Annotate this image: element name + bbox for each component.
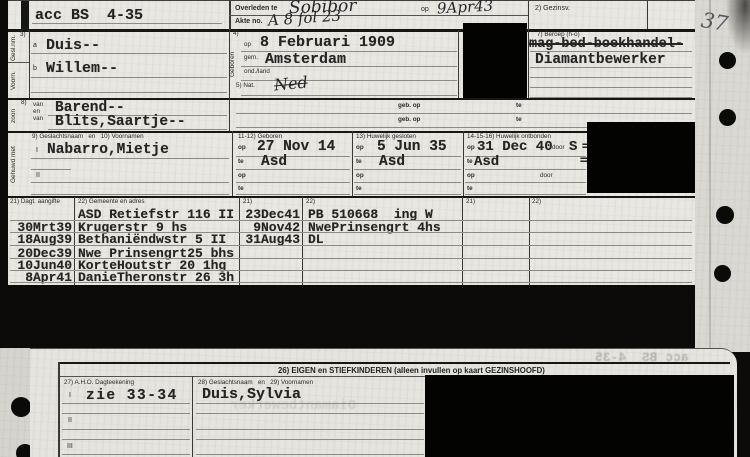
- ruled-line: [530, 77, 692, 78]
- ruled-line: [31, 169, 71, 170]
- col-divider: [232, 131, 233, 196]
- ruled-line: [465, 194, 586, 195]
- wed-date: 5 Jun 35: [377, 140, 447, 155]
- spouse-birth-place: Asd: [261, 155, 287, 170]
- child-row-date: zie 33-34: [86, 389, 178, 404]
- row-b-label: b: [33, 65, 37, 72]
- akte-value-handwritten: A 8 fol 23: [268, 8, 342, 28]
- acc-number: acc BS 4-35: [35, 8, 143, 23]
- ruled-line: [354, 194, 461, 195]
- spouse-name: Nabarro,Mietje: [47, 143, 169, 158]
- children-card: acc BS 4-35 Diamantbewerker 26) EIGEN en…: [30, 348, 737, 457]
- ruled-line: [354, 182, 461, 183]
- marriage-row1-num: I: [36, 147, 38, 154]
- ruled-line: [31, 92, 227, 93]
- beroep-struck-value: mag-bed-boekhandel-: [529, 38, 683, 52]
- aho-date-header: 27) A.H.O. Dagteekening: [64, 380, 134, 386]
- te-label: te: [516, 117, 522, 123]
- te-label: te: [467, 186, 473, 192]
- door-label: door: [552, 145, 565, 151]
- col-divider: [352, 131, 353, 196]
- firstname-side-label: Voorn.: [11, 67, 18, 95]
- nat-label: 5) Nat.: [236, 83, 255, 89]
- ruled-line: [530, 87, 692, 88]
- ruled-line: [196, 403, 424, 404]
- hole-punch: [719, 109, 736, 126]
- ruled-line: [236, 113, 692, 114]
- geb-op-label: geb. op: [398, 103, 420, 109]
- hole-punch: [11, 397, 31, 417]
- redaction-box-3: [425, 375, 734, 457]
- child-row-name: Duis,Sylvia: [202, 387, 301, 402]
- col-divider: [463, 131, 464, 196]
- col-divider: [302, 197, 303, 285]
- hole-punch: [716, 206, 734, 224]
- table-top-border: [58, 362, 730, 364]
- crease-line: [709, 0, 711, 352]
- dissolved-date: 31 Dec 40: [477, 140, 553, 154]
- birth-date: 8 Februari 1909: [260, 35, 395, 50]
- ruled-line: [354, 169, 461, 170]
- te-label: te: [467, 159, 473, 165]
- cell-divider: [229, 1, 231, 30]
- surname-side-label: Gesl.nm.: [11, 35, 18, 61]
- ruled-line: [62, 454, 190, 455]
- child-row-num: II: [68, 417, 72, 424]
- col-divider: [239, 197, 240, 285]
- dissolved-cause: S: [569, 140, 577, 154]
- section-8: 8): [21, 100, 27, 106]
- section-4: 4): [233, 31, 239, 37]
- ruled-line: [31, 77, 227, 78]
- hole-punch: [714, 265, 731, 282]
- scan-right-margin: 37: [695, 0, 750, 352]
- ruled-line: [236, 169, 350, 170]
- surname-value: Duis--: [46, 38, 100, 53]
- col-divider: [529, 197, 530, 285]
- beroep-value: Diamantbewerker: [535, 53, 666, 68]
- ruled-line: [465, 169, 586, 170]
- gezinsv-label: 2) Gezinsv.: [535, 5, 570, 12]
- ruled-line: [196, 454, 424, 455]
- header-divider: [8, 29, 695, 32]
- ruled-line: [196, 439, 424, 440]
- ruled-line: [530, 67, 692, 68]
- deceased-op-label: op: [421, 6, 429, 13]
- te-label: te: [238, 159, 244, 165]
- label-col-divider: [29, 30, 30, 98]
- te-label: te: [516, 103, 522, 109]
- firstname-value: Willem--: [46, 61, 118, 76]
- dissolved-place: Asd: [474, 155, 499, 169]
- op-label: op: [238, 145, 246, 151]
- redaction-box-1: [463, 23, 527, 98]
- nationality-handwritten: Ned: [273, 75, 308, 94]
- ruled-line: [62, 429, 190, 430]
- op-label: op: [467, 145, 475, 151]
- label-col-rule: [8, 62, 29, 63]
- ruled-line: [236, 182, 350, 183]
- child-row-num: III: [67, 443, 73, 450]
- wed-place: Asd: [379, 155, 405, 170]
- reg-21-header: 21): [466, 199, 475, 205]
- reg-addr-header: 22) Gemeente en adres: [78, 199, 145, 205]
- scan-smudge: [725, 0, 750, 55]
- ruled-line: [31, 158, 229, 159]
- akte-label: Akte no.: [235, 18, 263, 25]
- op-label: op: [467, 173, 475, 179]
- registration-card: acc BS 4-35 Overleden te Sobibor op 9Apr…: [8, 0, 697, 285]
- te-label: te: [238, 186, 244, 192]
- ruled-line: [31, 53, 227, 54]
- geb-op-label: geb. op: [398, 117, 420, 123]
- row-a-label: a: [33, 42, 37, 49]
- child-row-num: I: [69, 392, 71, 399]
- block-divider: [229, 98, 230, 131]
- margin-number-handwritten: 37: [699, 10, 729, 35]
- zoon-side-label: zoon: [11, 103, 18, 129]
- ruled-line: [48, 129, 227, 130]
- ruled-line: [465, 182, 586, 183]
- ruled-line: [196, 413, 424, 414]
- ruled-line: [62, 439, 190, 440]
- op-label: op: [356, 173, 364, 179]
- scanned-document: { "top_card": { "acc": "acc BS 4-35", "m…: [0, 0, 750, 457]
- col-divider: [462, 197, 463, 285]
- te-label: te: [356, 159, 362, 165]
- col-divider: [74, 197, 75, 285]
- reg-date-header: 21) Dagt. aangifte: [10, 199, 60, 205]
- ruled-line: [241, 66, 457, 67]
- hole-punch: [719, 52, 736, 69]
- gehuwd-met-side-label: Gehuwd met: [11, 138, 18, 192]
- ruled-line: [31, 182, 229, 183]
- op-label: op: [356, 145, 364, 151]
- ruled-line: [62, 413, 190, 414]
- ruled-line: [31, 194, 229, 195]
- ruled-line: [196, 429, 424, 430]
- col-divider: [192, 376, 193, 457]
- reg-21-header: 21): [243, 199, 252, 205]
- ruled-line: [241, 95, 457, 96]
- block-divider: [458, 30, 459, 98]
- op-label: op: [238, 173, 246, 179]
- acc-underline: [32, 23, 222, 24]
- redaction-box-2: [587, 122, 701, 193]
- marriage-header: 9) Geslachtsnaam en 10) Voornamen: [32, 134, 144, 140]
- ruled-line: [10, 282, 692, 283]
- section-3: 3): [20, 32, 26, 38]
- te-label: te: [356, 186, 362, 192]
- mother-name: Blits,Saartje--: [55, 115, 186, 130]
- ruled-line: [236, 194, 350, 195]
- scan-left-margin: [0, 348, 30, 457]
- ruled-line: [62, 403, 190, 404]
- cell-divider: [647, 1, 648, 29]
- marriage-row2-num: II: [36, 172, 40, 179]
- corner-bar: [21, 1, 29, 30]
- ruled-line: [354, 156, 461, 157]
- birth-place: Amsterdam: [265, 52, 346, 67]
- birth-op-label: op: [244, 42, 251, 48]
- birth-land-label: ond./land: [244, 69, 270, 75]
- birth-gem-label: gem.: [244, 55, 258, 61]
- children-section-header: 26) EIGEN en STIEFKINDEREN (alleen invul…: [278, 366, 545, 375]
- ruled-line: [236, 156, 350, 157]
- door-label: door: [540, 173, 553, 179]
- table-left-border: [58, 362, 60, 457]
- spouse-birth-date: 27 Nov 14: [257, 140, 335, 155]
- reg-22-header: 22): [306, 199, 315, 205]
- van-label: van: [33, 116, 43, 122]
- reg-22-header: 22): [532, 199, 541, 205]
